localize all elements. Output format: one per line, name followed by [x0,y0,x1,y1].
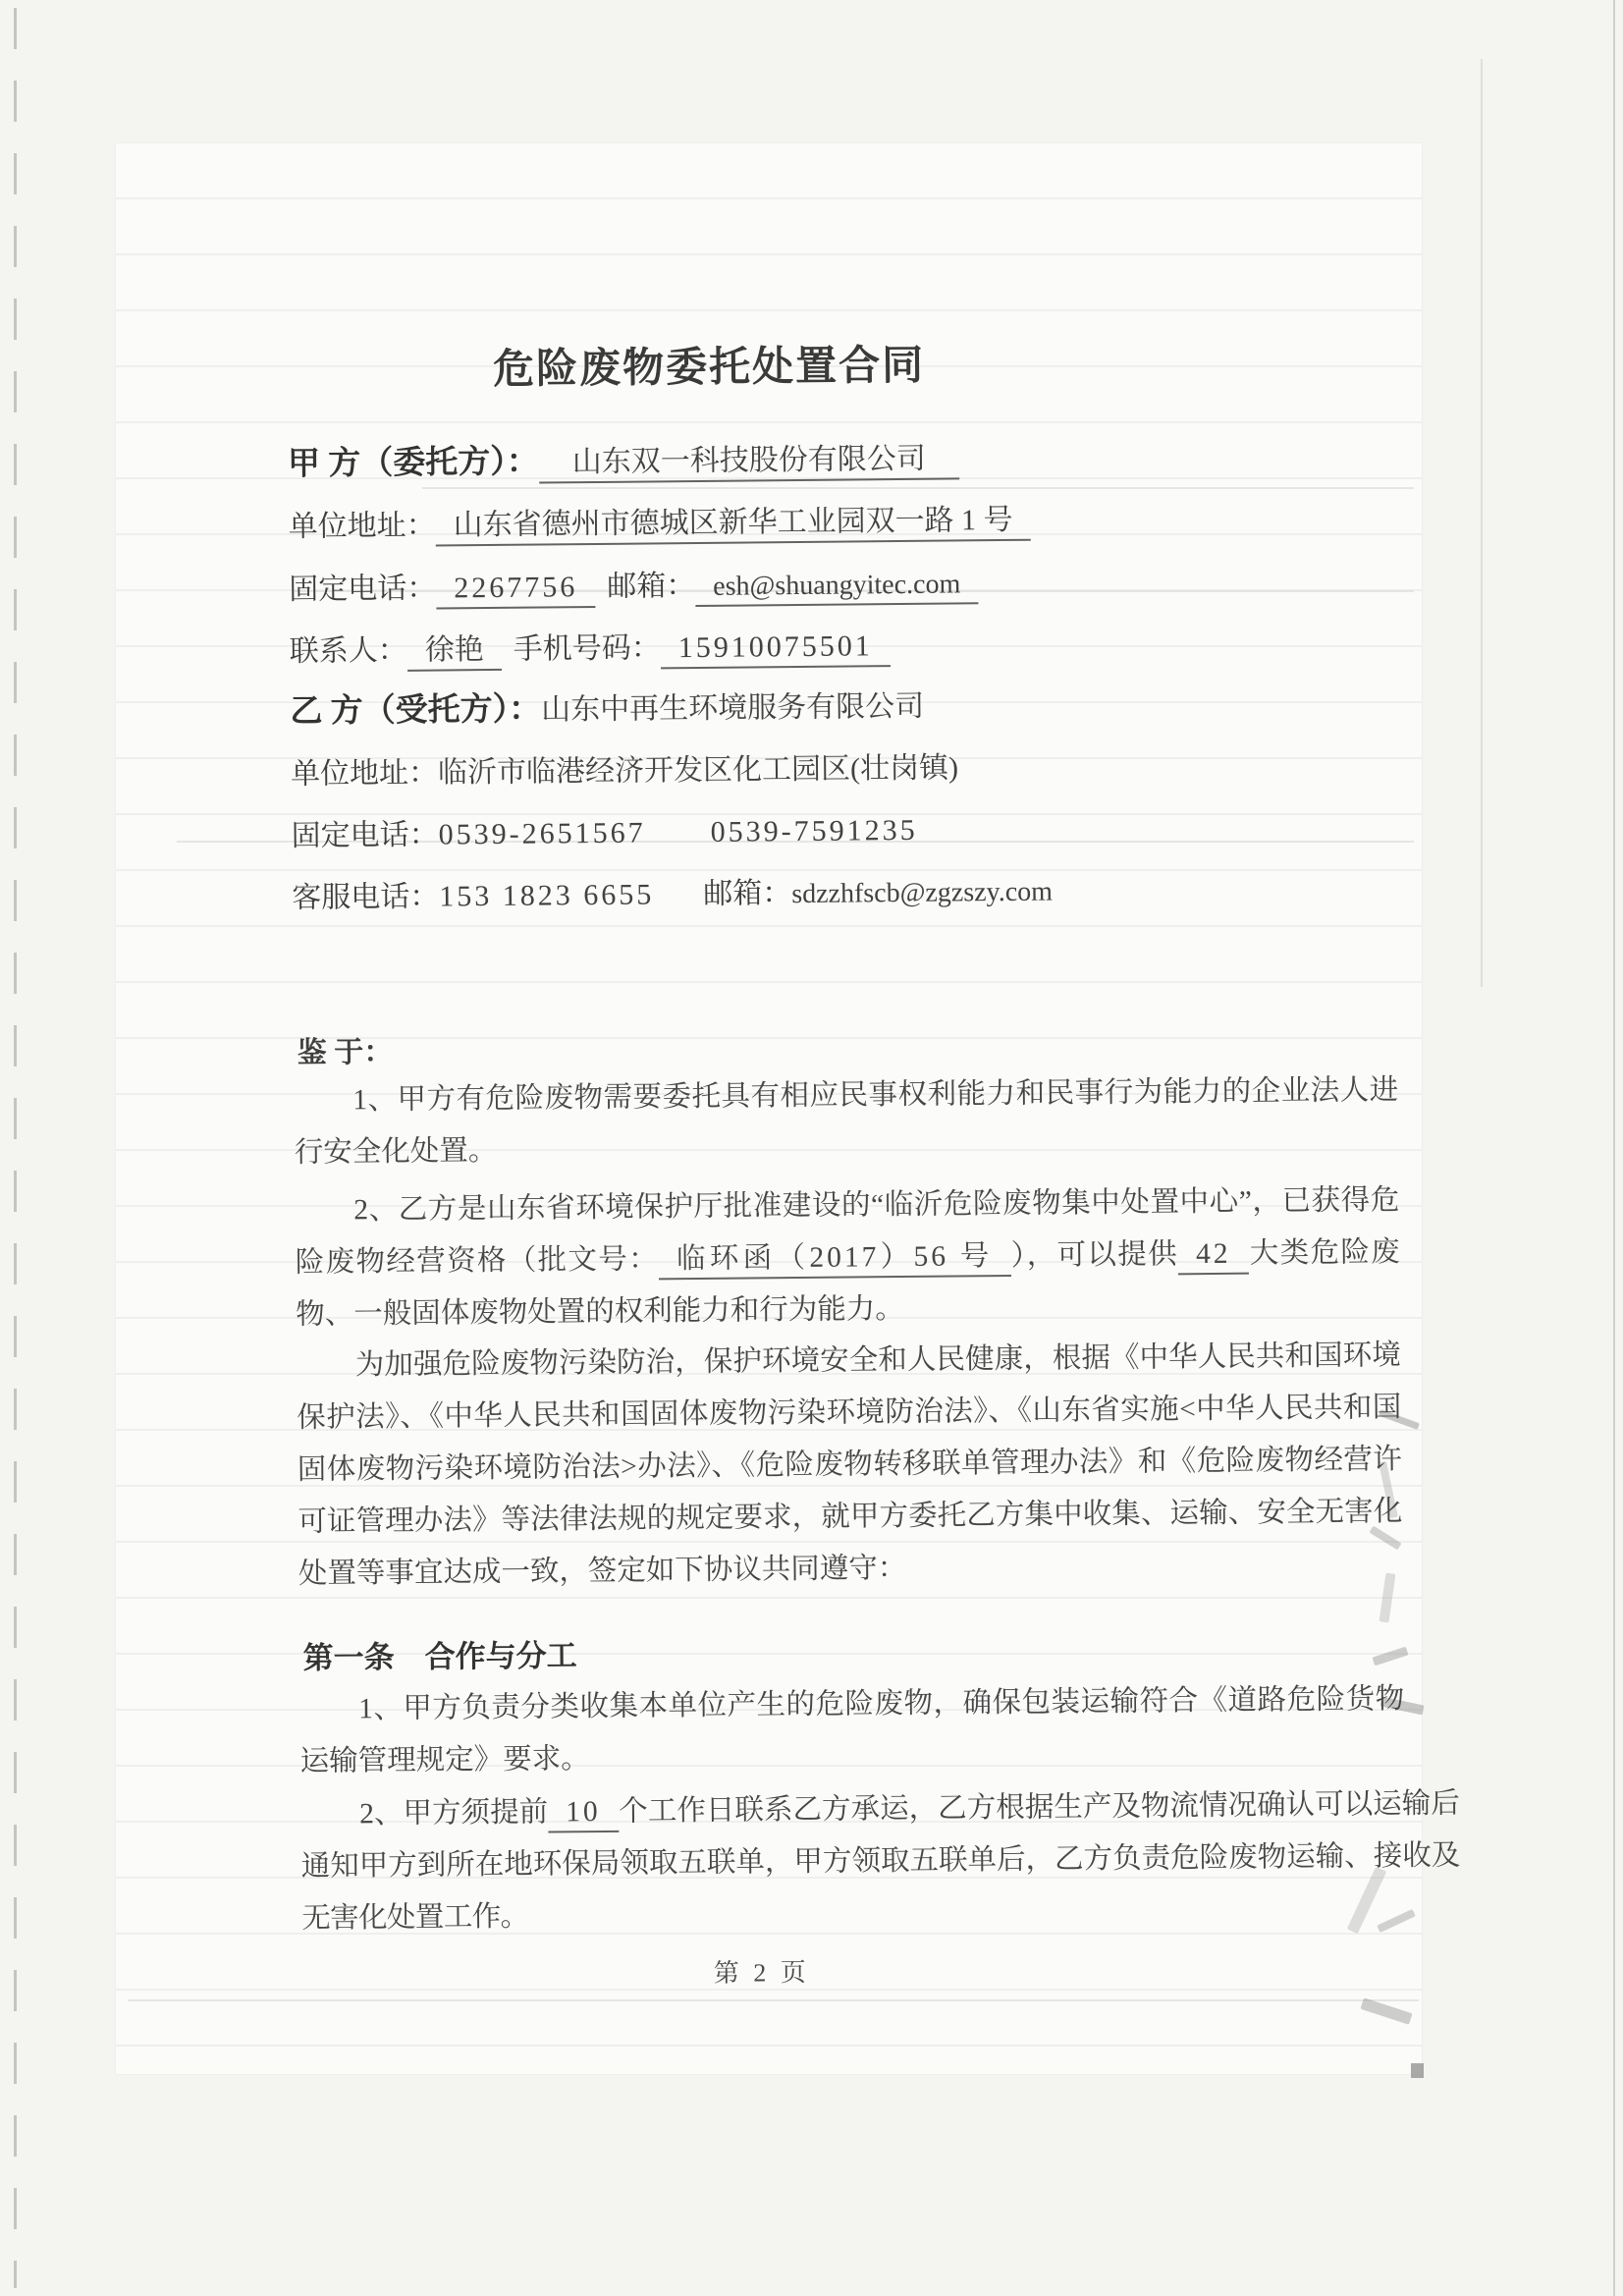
party-a-contact-row: 联系人：徐艳手机号码：15910075501 [290,625,891,674]
party-a-mobile: 15910075501 [661,629,891,669]
document-content: 危险废物委托处置合同 甲 方（委托方）：山东双一科技股份有限公司 单位地址：山东… [283,0,1473,2296]
party-a-role-label: 甲 方（委托方）： [288,445,539,482]
article-1-heading: 第一条 合作与分工 [302,1630,576,1677]
party-b-name: 山东中再生环境服务有限公司 [541,690,924,727]
party-a-email: esh@shuangyitec.com [695,569,978,607]
party-a-row: 甲 方（委托方）：山东双一科技股份有限公司 [288,436,959,487]
whereas-item-3: 为加强危险废物污染防治，保护环境安全和人民健康，根据《中华人民共和国环境保护法》… [297,1330,1403,1601]
party-b-phone-1: 0539-2651567 [438,817,645,851]
scanned-contract-page: 危险废物委托处置合同 甲 方（委托方）：山东双一科技股份有限公司 单位地址：山东… [0,0,1623,2296]
waste-category-count: 42 [1178,1238,1249,1276]
party-b-email-label: 邮箱： [703,877,791,910]
party-b-phone-2: 0539-7591235 [710,814,917,848]
party-a-contact-name: 徐艳 [407,633,502,672]
party-a-phone-label: 固定电话： [289,573,436,606]
whereas-heading: 鉴 于： [298,1027,394,1071]
party-b-service-row: 客服电话：153 1823 6655邮箱：sdzzhfscb@zgzszy.co… [292,870,1053,921]
whereas-item-1: 1、甲方有危险废物需要委托具有相应民事权利能力和民事行为能力的企业法人进行安全化… [294,1065,1399,1179]
party-a-name: 山东双一科技股份有限公司 [539,442,959,483]
page-edge-line [1613,0,1615,2296]
party-b-address-row: 单位地址：临沂市临港经济开发区化工园区(壮岗镇) [291,746,958,796]
party-b-phone-label: 固定电话： [291,819,438,852]
party-a-address: 山东省德州市德城区新华工业园双一路 1 号 [435,504,1030,547]
party-a-email-label: 邮箱： [607,570,695,603]
party-b-email: sdzzhfscb@zgzszy.com [791,877,1053,910]
whereas-item-2: 2、乙方是山东省环境保护厅批准建设的“临沂危险废物集中处置中心”，已获得危险废物… [295,1175,1400,1341]
party-b-address-label: 单位地址： [291,757,438,791]
article-1-item-2-text-pre: 2、甲方须提前 [359,1797,548,1831]
approval-document-number: 临环函（2017）56 号 [659,1240,1011,1280]
party-b-phone-row: 固定电话：0539-26515670539-7591235 [291,809,917,858]
advance-notice-days: 10 [548,1796,619,1833]
article-1-item-2: 2、甲方须提前10个工作日联系乙方承运，乙方根据生产及物流情况确认可以运输后通知… [300,1778,1460,1945]
party-b-role-label: 乙 方（受托方）： [290,692,541,730]
page-number: 第 2 页 [302,1948,1221,1994]
article-1-item-1: 1、甲方负责分类收集本单位产生的危险废物，确保包装运输符合《道路危险货物运输管理… [299,1673,1405,1788]
party-b-service-phone: 153 1823 6655 [439,878,654,912]
party-b-service-phone-label: 客服电话： [292,881,439,914]
party-b-row: 乙 方（受托方）：山东中再生环境服务有限公司 [290,684,924,735]
paper-fold-line [1481,59,1483,987]
party-a-phone: 2267756 [436,571,595,610]
party-a-mobile-label: 手机号码： [514,631,661,665]
binder-edge-marks [14,8,17,2288]
party-a-contact-label: 联系人： [290,634,407,668]
whereas-item-2-text-mid: ），可以提供 [1010,1238,1178,1272]
party-a-address-label: 单位地址： [288,510,435,543]
document-title: 危险废物委托处置合同 [287,331,1132,398]
party-b-address: 临沂市临港经济开发区化工园区(壮岗镇) [438,751,958,789]
party-a-phone-row: 固定电话：2267756邮箱：esh@shuangyitec.com [289,562,978,613]
party-a-address-row: 单位地址：山东省德州市德城区新华工业园双一路 1 号 [288,499,1030,549]
